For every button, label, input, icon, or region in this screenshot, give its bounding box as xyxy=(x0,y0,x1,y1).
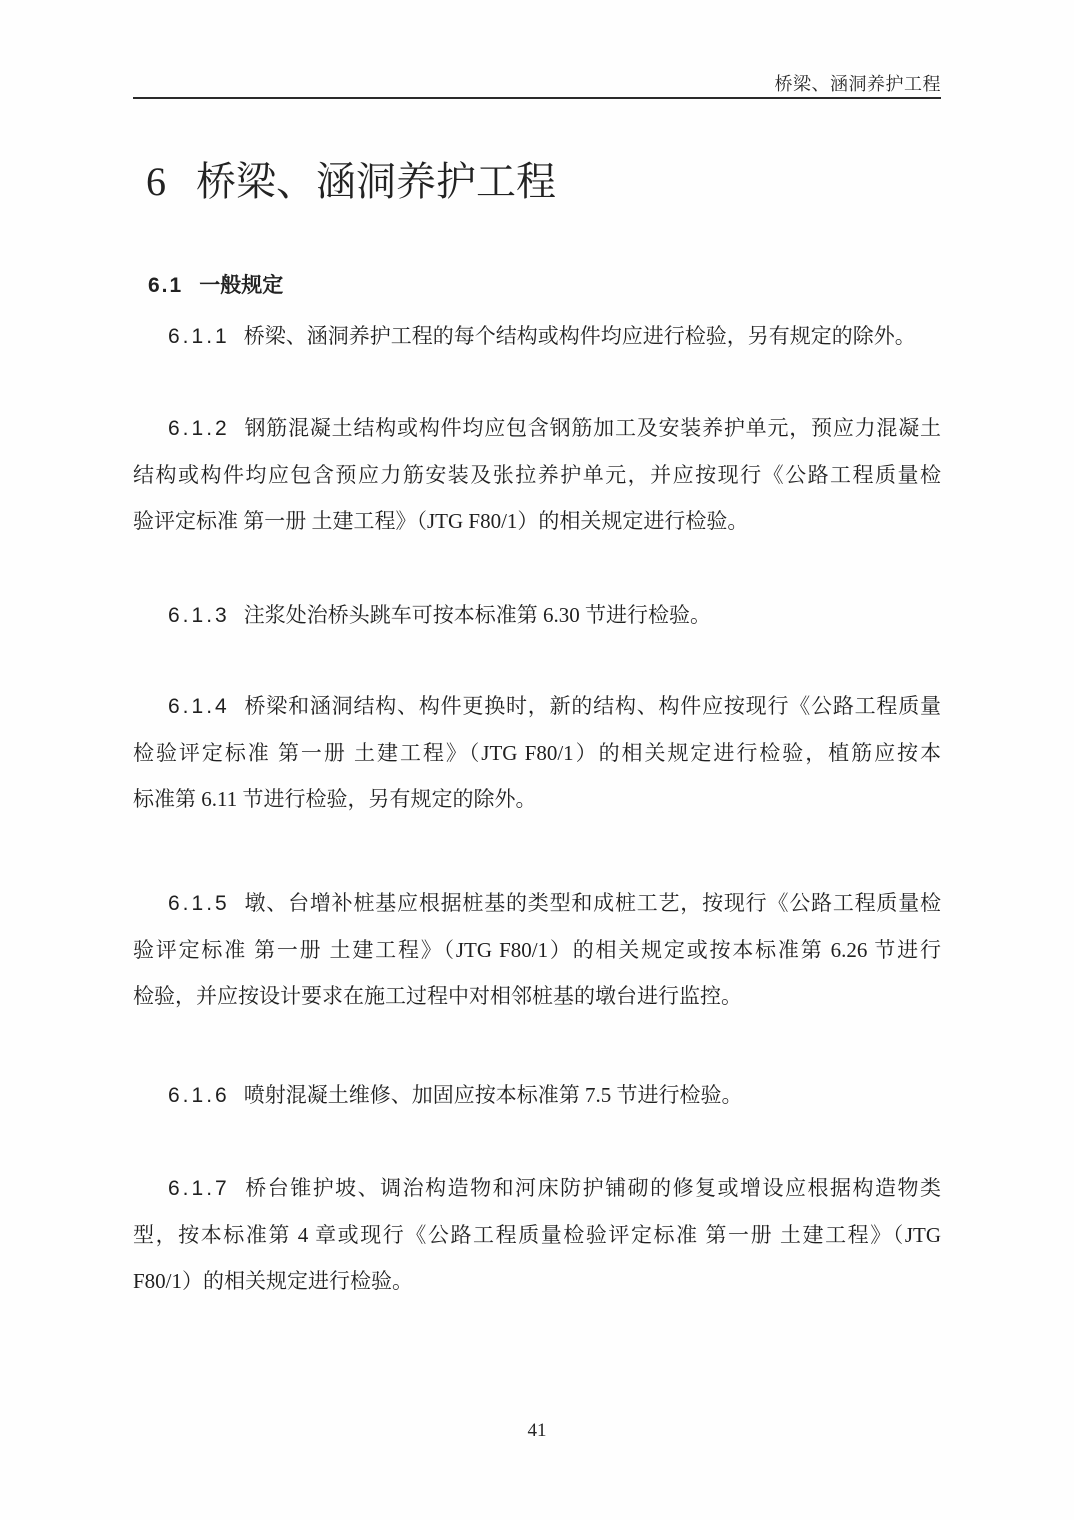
clause-text: 验评定标准 第一册 土建工程》（JTG F80/1）的相关规定进行检验。 xyxy=(133,509,748,533)
clause-6.1.5: 6.1.5墩、台增补桩基应根据桩基的类型和成桩工艺，按现行《公路工程质量检验评定… xyxy=(133,880,941,1019)
header-rule xyxy=(133,97,941,99)
clause-text: 标准第 6.11 节进行检验，另有规定的除外。 xyxy=(133,787,536,811)
clause-text: 注浆处治桥头跳车可按本标准第 6.30 节进行检验。 xyxy=(244,603,711,627)
clause-line: F80/1）的相关规定进行检验。 xyxy=(133,1258,941,1304)
clause-6.1.4: 6.1.4桥梁和涵洞结构、构件更换时，新的结构、构件应按现行《公路工程质量检验评… xyxy=(133,683,941,822)
clause-number: 6.1.3 xyxy=(168,604,230,627)
chapter-number: 6 xyxy=(146,159,166,204)
clause-line: 型，按本标准第 4 章或现行《公路工程质量检验评定标准 第一册 土建工程》（JT… xyxy=(133,1212,941,1258)
clause-6.1.1: 6.1.1桥梁、涵洞养护工程的每个结构或构件均应进行检验，另有规定的除外。 xyxy=(133,313,941,360)
clause-line: 结构或构件均应包含预应力筋安装及张拉养护单元，并应按现行《公路工程质量检 xyxy=(133,452,941,498)
clause-number: 6.1.4 xyxy=(168,695,230,718)
chapter-title: 桥梁、涵洞养护工程 xyxy=(196,159,556,204)
clause-number: 6.1.5 xyxy=(168,892,230,915)
clause-line: 6.1.6喷射混凝土维修、加固应按本标准第 7.5 节进行检验。 xyxy=(133,1072,941,1119)
clause-6.1.2: 6.1.2钢筋混凝土结构或构件均应包含钢筋加工及安装养护单元，预应力混凝土结构或… xyxy=(133,405,941,544)
clause-text: 桥梁、涵洞养护工程的每个结构或构件均应进行检验，另有规定的除外。 xyxy=(244,324,916,348)
clause-number: 6.1.2 xyxy=(168,417,230,440)
clause-line: 验评定标准 第一册 土建工程》（JTG F80/1）的相关规定进行检验。 xyxy=(133,498,941,544)
clause-number: 6.1.1 xyxy=(168,325,230,348)
clause-text: 喷射混凝土维修、加固应按本标准第 7.5 节进行检验。 xyxy=(244,1083,743,1107)
section-title: 一般规定 xyxy=(199,274,283,297)
clause-line: 检验评定标准 第一册 土建工程》（JTG F80/1）的相关规定进行检验，植筋应… xyxy=(133,730,941,776)
clause-text: F80/1）的相关规定进行检验。 xyxy=(133,1269,413,1293)
clause-6.1.6: 6.1.6喷射混凝土维修、加固应按本标准第 7.5 节进行检验。 xyxy=(133,1072,941,1119)
clause-line: 验评定标准 第一册 土建工程》（JTG F80/1）的相关规定或按本标准第 6.… xyxy=(133,927,941,973)
clause-line: 标准第 6.11 节进行检验，另有规定的除外。 xyxy=(133,776,941,822)
section-number: 6.1 xyxy=(148,274,183,297)
clause-number: 6.1.7 xyxy=(168,1177,230,1200)
section-heading: 6.1一般规定 xyxy=(148,272,283,300)
clause-line: 6.1.2钢筋混凝土结构或构件均应包含钢筋加工及安装养护单元，预应力混凝土 xyxy=(133,405,941,452)
clause-text: 检验评定标准 第一册 土建工程》（JTG F80/1）的相关规定进行检验，植筋应… xyxy=(133,741,941,765)
clause-line: 6.1.4桥梁和涵洞结构、构件更换时，新的结构、构件应按现行《公路工程质量 xyxy=(133,683,941,730)
clause-text: 钢筋混凝土结构或构件均应包含钢筋加工及安装养护单元，预应力混凝土 xyxy=(244,416,941,440)
clause-text: 结构或构件均应包含预应力筋安装及张拉养护单元，并应按现行《公路工程质量检 xyxy=(133,463,941,487)
page-number: 41 xyxy=(0,1420,1074,1442)
clause-text: 桥台锥护坡、调治构造物和河床防护铺砌的修复或增设应根据构造物类 xyxy=(244,1176,941,1200)
clause-line: 检验，并应按设计要求在施工过程中对相邻桩基的墩台进行监控。 xyxy=(133,973,941,1019)
clause-number: 6.1.6 xyxy=(168,1084,230,1107)
chapter-heading: 6桥梁、涵洞养护工程 xyxy=(146,158,556,206)
clause-line: 6.1.1桥梁、涵洞养护工程的每个结构或构件均应进行检验，另有规定的除外。 xyxy=(133,313,941,360)
clause-line: 6.1.3注浆处治桥头跳车可按本标准第 6.30 节进行检验。 xyxy=(133,592,941,639)
clause-6.1.7: 6.1.7桥台锥护坡、调治构造物和河床防护铺砌的修复或增设应根据构造物类型，按本… xyxy=(133,1165,941,1304)
document-page: 桥梁、涵洞养护工程 6桥梁、涵洞养护工程 6.1一般规定 6.1.1桥梁、涵洞养… xyxy=(0,0,1074,1520)
clause-text: 验评定标准 第一册 土建工程》（JTG F80/1）的相关规定或按本标准第 6.… xyxy=(133,938,941,962)
clause-6.1.3: 6.1.3注浆处治桥头跳车可按本标准第 6.30 节进行检验。 xyxy=(133,592,941,639)
clause-text: 桥梁和涵洞结构、构件更换时，新的结构、构件应按现行《公路工程质量 xyxy=(244,694,941,718)
clause-line: 6.1.7桥台锥护坡、调治构造物和河床防护铺砌的修复或增设应根据构造物类 xyxy=(133,1165,941,1212)
clause-text: 型，按本标准第 4 章或现行《公路工程质量检验评定标准 第一册 土建工程》（JT… xyxy=(133,1223,941,1247)
running-header: 桥梁、涵洞养护工程 xyxy=(133,70,941,96)
clause-text: 检验，并应按设计要求在施工过程中对相邻桩基的墩台进行监控。 xyxy=(133,984,742,1008)
clause-text: 墩、台增补桩基应根据桩基的类型和成桩工艺，按现行《公路工程质量检 xyxy=(244,891,941,915)
clause-line: 6.1.5墩、台增补桩基应根据桩基的类型和成桩工艺，按现行《公路工程质量检 xyxy=(133,880,941,927)
